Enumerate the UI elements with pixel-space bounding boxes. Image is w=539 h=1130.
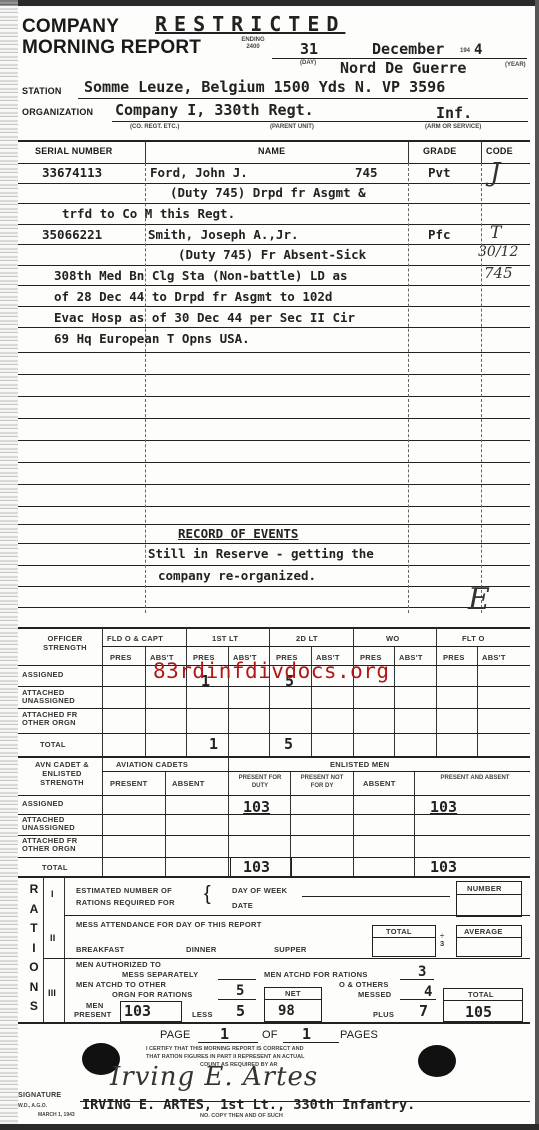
entry-code: J (490, 158, 500, 188)
dinner-label: DINNER (186, 945, 217, 954)
scan-edge-left (0, 0, 18, 1130)
rations-letter: O (29, 960, 39, 974)
net-label: NET (285, 989, 301, 998)
entry-spec: 745 (355, 165, 378, 180)
less-value: 5 (236, 1002, 245, 1020)
men-atchd-other-label: MEN ATCHD TO OTHER (76, 980, 166, 989)
rations-letter: I (32, 941, 36, 955)
entry-grade: Pvt (428, 165, 451, 180)
total-2d-lt-pres: 5 (284, 735, 293, 753)
grid-line (102, 646, 530, 647)
entry-name: Smith, Joseph A.,Jr. (148, 227, 299, 242)
entry-name: Ford, John J. (150, 165, 248, 180)
group-fld-o-capt: FLD O & CAPT (107, 634, 163, 643)
number-box-divider (456, 894, 522, 895)
rule (18, 224, 530, 225)
men-atchd-other-value: 5 (236, 983, 244, 999)
rule (18, 524, 530, 525)
entry-code: T (490, 223, 501, 243)
initials-mark: E (468, 582, 490, 617)
entry-remark: trfd to Co M this Regt. (62, 206, 235, 221)
col-grade: GRADE (423, 146, 457, 156)
scan-edge-top (0, 0, 539, 6)
grid-line (64, 877, 65, 1022)
grid-line (145, 646, 146, 758)
report-year-prefix: 194 (460, 48, 470, 54)
total-ration-value: 105 (465, 1003, 492, 1021)
total-ration-divider (443, 1000, 523, 1001)
group-wo: WO (386, 634, 400, 643)
sub-abst: ABS'T (399, 653, 423, 662)
col-serial-number: SERIAL NUMBER (35, 146, 112, 156)
number-label: NUMBER (467, 884, 502, 893)
entry-remark: of 28 Dec 44 to Drpd fr Asgmt to 102d (54, 289, 332, 304)
assigned-present-for-duty: 103 (243, 798, 270, 816)
net-value: 98 (278, 1003, 295, 1019)
grid-line (102, 628, 103, 758)
ending-label: ENDING 2400 (239, 37, 267, 51)
page-number: 1 (220, 1025, 229, 1043)
average-box-divider (456, 937, 522, 938)
scan-edge-bottom (0, 1124, 539, 1130)
form-title-morning-report: MORNING REPORT (22, 37, 201, 59)
grid-line (43, 877, 44, 1022)
brace: { (204, 883, 211, 906)
grid-line (43, 958, 530, 959)
report-month: December (372, 40, 444, 58)
plus-label: PLUS (373, 1010, 394, 1019)
col-present-not-for-duty: PRESENT NOT FOR DY (294, 774, 350, 790)
section-iii: III (48, 988, 56, 998)
row-attached-unassigned: ATTACHED UNASSIGNED (22, 816, 94, 832)
rations-letter: S (30, 999, 38, 1013)
col-code: CODE (486, 146, 513, 156)
row-total: TOTAL (42, 863, 68, 872)
entry-code-note: 745 (484, 264, 513, 282)
plus-value: 7 (419, 1002, 428, 1020)
col-guide (408, 163, 409, 613)
record-of-events-line: Still in Reserve - getting the (148, 546, 374, 561)
rule (18, 607, 530, 608)
men-present-label: MEN (86, 1001, 104, 1010)
row-assigned: ASSIGNED (22, 670, 64, 679)
report-day: 31 (300, 40, 318, 58)
grid-line (18, 733, 530, 734)
average-label: AVERAGE (464, 927, 503, 936)
rule (18, 285, 530, 286)
group-1st-lt: 1ST LT (212, 634, 238, 643)
day-of-week-line (302, 896, 450, 897)
sub-pres: PRES (110, 653, 132, 662)
col-present-and-absent: PRESENT AND ABSENT (430, 774, 520, 782)
col-divider (481, 141, 482, 163)
code-name: Nord De Guerre (340, 59, 466, 77)
signature-label: SIGNATURE (18, 1092, 61, 1099)
supper-label: SUPPER (274, 945, 307, 954)
rule (18, 396, 530, 397)
grid-line (477, 646, 478, 758)
org-caption-unit: (CO. REGT. ETC.) (130, 124, 179, 130)
men-atchd-for-rations-value: 3 (418, 964, 426, 980)
section-ii: II (50, 933, 55, 943)
station-label: STATION (22, 86, 62, 96)
enlisted-strength-label: AVN CADET & ENLISTED STRENGTH (22, 760, 102, 787)
estimated-rations-label: RATIONS REQUIRED FOR (76, 898, 175, 907)
row-attached-unassigned: ATTACHED UNASSIGNED (22, 689, 94, 705)
punch-hole-right (418, 1045, 456, 1077)
rule (18, 163, 530, 164)
grid-line (436, 628, 437, 758)
page-label: PAGE (160, 1029, 191, 1041)
entry-grade: Pfc (428, 227, 451, 242)
officer-strength-label: OFFICER STRENGTH (30, 634, 100, 652)
mess-separately-label: MEN AUTHORIZED TO (76, 960, 161, 969)
rule (18, 374, 530, 375)
col-name: NAME (258, 146, 285, 156)
col-divider (408, 141, 409, 163)
rule (18, 183, 530, 184)
org-caption-arm: (ARM OR SERVICE) (425, 124, 481, 130)
grid-line (18, 756, 530, 758)
grid-line (18, 686, 530, 687)
day-caption: (DAY) (300, 60, 316, 66)
entry-remark: (Duty 745) Fr Absent-Sick (178, 247, 366, 262)
section-border (18, 627, 530, 629)
entry-remark: 308th Med Bn Clg Sta (Non-battle) LD as (54, 268, 348, 283)
men-present-value: 103 (124, 1002, 151, 1020)
rule (18, 203, 530, 204)
grid-line (186, 628, 187, 758)
rule (18, 352, 530, 353)
rations-letter: R (30, 882, 39, 896)
aviation-cadets-header: AVIATION CADETS (116, 760, 188, 769)
row-assigned: ASSIGNED (22, 799, 64, 808)
rule (18, 565, 530, 566)
station-underline (78, 98, 528, 99)
pages-label: PAGES (340, 1029, 378, 1041)
grid-line (269, 628, 270, 758)
enlisted-men-header: ENLISTED MEN (330, 760, 389, 769)
form-title-company: COMPANY (22, 16, 119, 38)
entry-serial: 33674113 (42, 165, 102, 180)
value-line (218, 999, 256, 1000)
group-2d-lt: 2D LT (296, 634, 318, 643)
assigned-present-and-absent: 103 (430, 798, 457, 816)
total-box-divider (372, 937, 436, 938)
rations-letter: A (30, 902, 39, 916)
grid-line (228, 757, 229, 877)
col-guide (145, 163, 146, 613)
estimated-rations-label: ESTIMATED NUMBER OF (76, 886, 172, 895)
col-absent: ABSENT (172, 779, 205, 788)
sub-pres: PRES (443, 653, 465, 662)
rule (18, 244, 530, 245)
certification-text: THAT RATION FIGURES IN PART II REPRESENT… (146, 1054, 304, 1060)
rule (18, 327, 530, 328)
form-id: W.D., A.G.O. (18, 1103, 47, 1109)
grid-line (18, 1022, 530, 1024)
rule (18, 506, 530, 507)
date-label: DATE (232, 901, 253, 910)
grid-line (102, 757, 103, 877)
total-ration-label: TOTAL (468, 990, 494, 999)
total-1st-lt-pres: 1 (209, 735, 218, 753)
certification-text: I CERTIFY THAT THIS MORNING REPORT IS CO… (146, 1046, 304, 1052)
grid-line (18, 835, 530, 836)
grid-line (18, 708, 530, 709)
form-date: MARCH 1, 1943 (38, 1112, 75, 1118)
handwritten-signature: Irving E. Artes (110, 1062, 318, 1092)
rule (18, 440, 530, 441)
rule (18, 586, 530, 587)
year-caption: (YEAR) (505, 62, 526, 68)
col-present-for-duty: PRESENT FOR DUTY (232, 774, 288, 790)
col-absent-em: ABSENT (363, 779, 396, 788)
rule (18, 306, 530, 307)
grid-line (165, 771, 166, 877)
o-others-value: 4 (424, 984, 432, 1000)
total-present-for-duty: 103 (243, 858, 270, 876)
o-others-label: O & OTHERS (339, 980, 389, 989)
grid-line (353, 771, 354, 877)
day-of-week-label: DAY OF WEEK (232, 886, 287, 895)
mess-attendance-label: MESS ATTENDANCE FOR DAY OF THIS REPORT (76, 920, 262, 929)
value-line (400, 979, 434, 980)
mess-separately-line (218, 979, 256, 980)
men-atchd-other-label: ORGN FOR RATIONS (112, 990, 193, 999)
rule (18, 484, 530, 485)
scan-edge-right (535, 0, 539, 1130)
station-value: Somme Leuze, Belgium 1500 Yds N. VP 3596 (84, 78, 445, 96)
signer-name: IRVING E. ARTES, 1st Lt., 330th Infantry… (82, 1097, 415, 1113)
table-top-border (18, 140, 530, 142)
col-divider (145, 141, 146, 163)
classification-stamp: RESTRICTED (155, 12, 345, 36)
total-pages: 1 (302, 1025, 311, 1043)
less-label: LESS (192, 1010, 213, 1019)
grid-line (353, 628, 354, 758)
mess-separately-label: MESS SEPARATELY (122, 970, 198, 979)
col-present: PRESENT (110, 779, 148, 788)
entry-serial: 35066221 (42, 227, 102, 242)
rations-side-label: R A T I O N S (28, 880, 40, 1017)
record-of-events-heading: RECORD OF EVENTS (178, 526, 298, 541)
group-flt-o: FLT O (462, 634, 485, 643)
rule (18, 265, 530, 266)
total-label: TOTAL (386, 927, 412, 936)
total-present-and-absent: 103 (430, 858, 457, 876)
men-atchd-for-rations-label: MEN ATCHD FOR RATIONS (264, 970, 368, 979)
rations-letter: N (30, 980, 39, 994)
organization-value: Company I, 330th Regt. (115, 101, 314, 119)
net-box-divider (264, 999, 322, 1000)
report-year-suffix: 4 (474, 42, 482, 58)
sub-abst: ABS'T (482, 653, 506, 662)
entry-remark: Evac Hosp as of 30 Dec 44 per Sec II Cir (54, 310, 355, 325)
grid-line (414, 771, 415, 877)
organization-underline (112, 121, 528, 122)
breakfast-label: BREAKFAST (76, 945, 125, 954)
watermark: 83rdinfdivdocs.org (153, 659, 390, 683)
grid-line (102, 771, 530, 772)
row-attached-fr-other: ATTACHED FR OTHER ORGN (22, 837, 94, 853)
grid-line (18, 795, 530, 796)
rule (18, 543, 530, 544)
arm-value: Inf. (436, 104, 472, 122)
col-guide (481, 163, 482, 613)
organization-label: ORGANIZATION (22, 107, 93, 117)
signer-caption: NO. COPY THEN AND OF SUCH (200, 1113, 283, 1119)
org-caption-parent: (PARENT UNIT) (270, 124, 314, 130)
entry-remark: 69 Hq European T Opns USA. (54, 331, 250, 346)
row-total: TOTAL (40, 740, 66, 749)
grid-line (394, 646, 395, 758)
men-present-label: PRESENT (74, 1010, 112, 1019)
value-line (400, 999, 436, 1000)
entry-remark: (Duty 745) Drpd fr Asgmt & (170, 185, 366, 200)
divide-by-3: ÷ 3 (440, 932, 450, 948)
row-attached-fr-other: ATTACHED FR OTHER ORGN (22, 711, 94, 727)
section-i: I (51, 889, 54, 899)
record-of-events-line: company re-organized. (158, 568, 316, 583)
rule (18, 462, 530, 463)
entry-code-note: 30/12 (478, 244, 518, 260)
of-label: OF (262, 1029, 278, 1041)
rations-letter: T (30, 921, 38, 935)
o-others-label: MESSED (358, 990, 391, 999)
rule (18, 418, 530, 419)
